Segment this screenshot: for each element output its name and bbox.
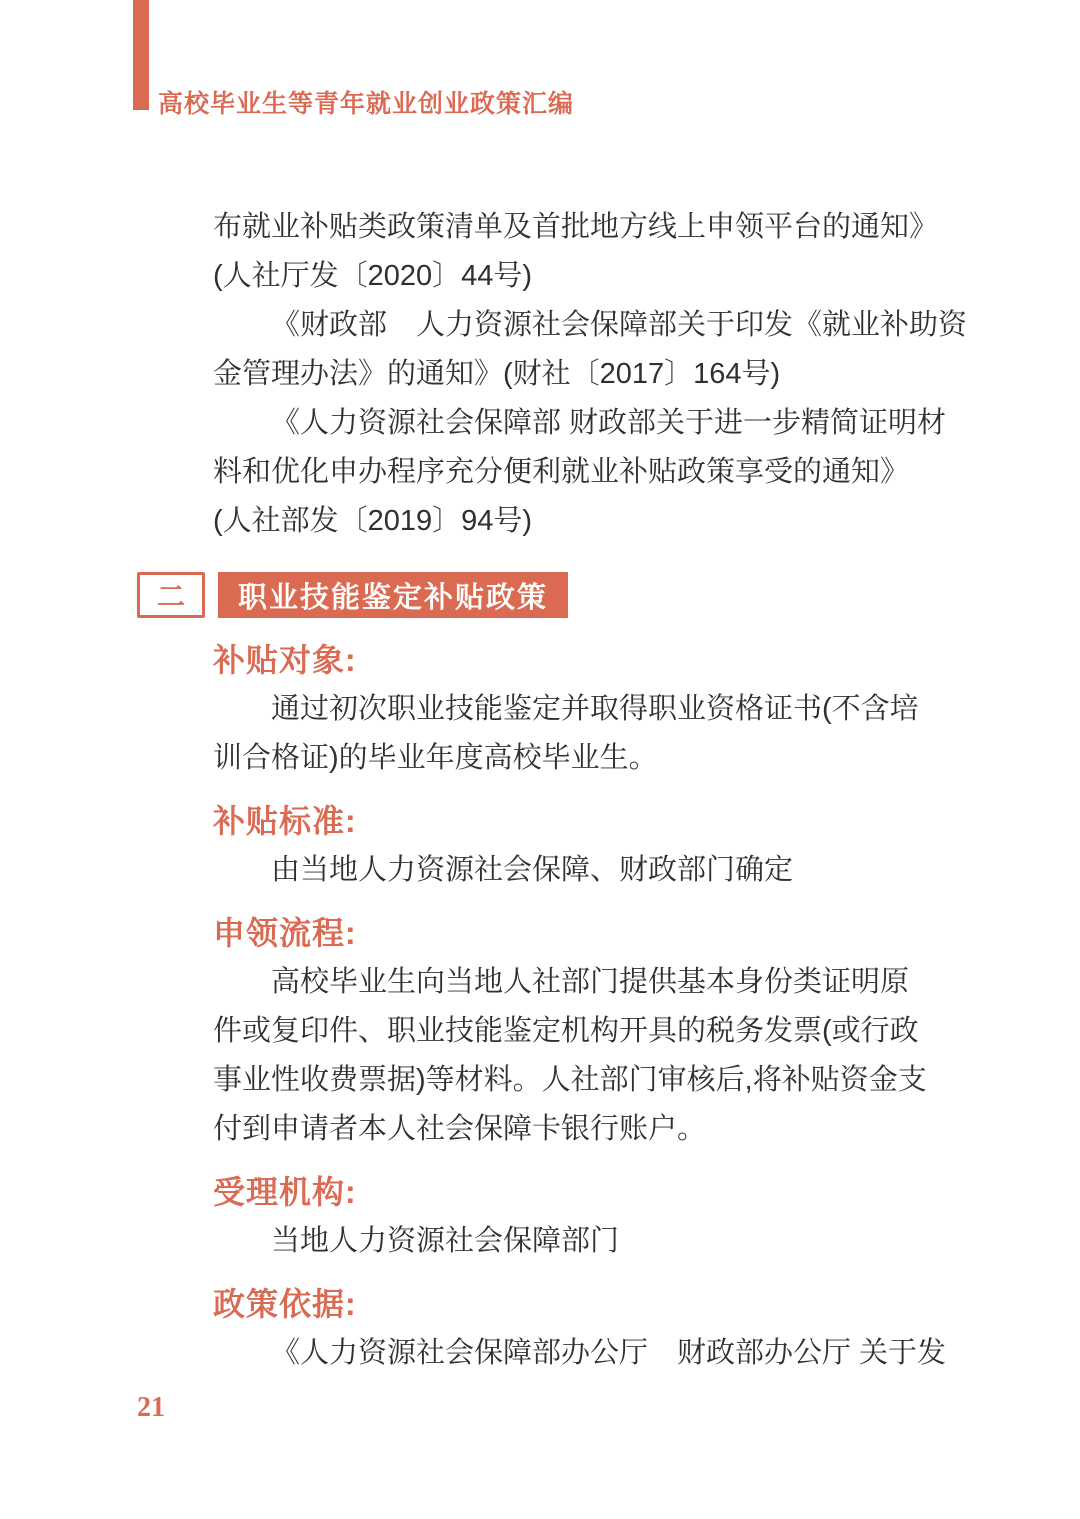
section-number: 二 bbox=[157, 575, 185, 615]
section-header: 二 职业技能鉴定补贴政策 bbox=[137, 572, 953, 618]
block-paragraph: 由当地人力资源社会保障、财政部门确定 bbox=[213, 846, 953, 895]
intro-paragraph: 《人力资源社会保障部 财政部关于进一步精简证明材 料和优化申办程序充分便利就业补… bbox=[213, 399, 953, 546]
page-header-title: 高校毕业生等青年就业创业政策汇编 bbox=[158, 84, 574, 120]
block-paragraph: 高校毕业生向当地人社部门提供基本身份类证明原 件或复印件、职业技能鉴定机构开具的… bbox=[213, 958, 953, 1154]
intro-paragraph: 《财政部 人力资源社会保障部关于印发《就业补助资 金管理办法》的通知》(财社〔2… bbox=[213, 301, 953, 399]
policy-block-subsidy-target: 补贴对象: 通过初次职业技能鉴定并取得职业资格证书(不含培 训合格证)的毕业年度… bbox=[213, 636, 953, 783]
document-page: 高校毕业生等青年就业创业政策汇编 布就业补贴类政策清单及首批地方线上申领平台的通… bbox=[0, 0, 1080, 1519]
block-paragraph: 《人力资源社会保障部办公厅 财政部办公厅 关于发 bbox=[213, 1329, 953, 1378]
section-title: 职业技能鉴定补贴政策 bbox=[238, 575, 548, 616]
block-heading: 补贴标准: bbox=[213, 797, 953, 846]
header-accent-bar bbox=[133, 0, 149, 110]
content-column: 布就业补贴类政策清单及首批地方线上申领平台的通知》 (人社厅发〔2020〕44号… bbox=[213, 203, 953, 1378]
section-number-badge: 二 bbox=[137, 572, 205, 618]
policy-block-accepting-agency: 受理机构: 当地人力资源社会保障部门 bbox=[213, 1168, 953, 1266]
intro-paragraph: 布就业补贴类政策清单及首批地方线上申领平台的通知》 (人社厅发〔2020〕44号… bbox=[213, 203, 953, 301]
block-paragraph: 通过初次职业技能鉴定并取得职业资格证书(不含培 训合格证)的毕业年度高校毕业生。 bbox=[213, 685, 953, 783]
page-number: 21 bbox=[137, 1392, 165, 1424]
policy-block-policy-basis: 政策依据: 《人力资源社会保障部办公厅 财政部办公厅 关于发 bbox=[213, 1280, 953, 1378]
section-title-box: 职业技能鉴定补贴政策 bbox=[218, 572, 568, 618]
block-heading: 申领流程: bbox=[213, 909, 953, 958]
policy-block-subsidy-standard: 补贴标准: 由当地人力资源社会保障、财政部门确定 bbox=[213, 797, 953, 895]
policy-block-application-process: 申领流程: 高校毕业生向当地人社部门提供基本身份类证明原 件或复印件、职业技能鉴… bbox=[213, 909, 953, 1154]
block-heading: 政策依据: bbox=[213, 1280, 953, 1329]
block-paragraph: 当地人力资源社会保障部门 bbox=[213, 1217, 953, 1266]
block-heading: 补贴对象: bbox=[213, 636, 953, 685]
block-heading: 受理机构: bbox=[213, 1168, 953, 1217]
